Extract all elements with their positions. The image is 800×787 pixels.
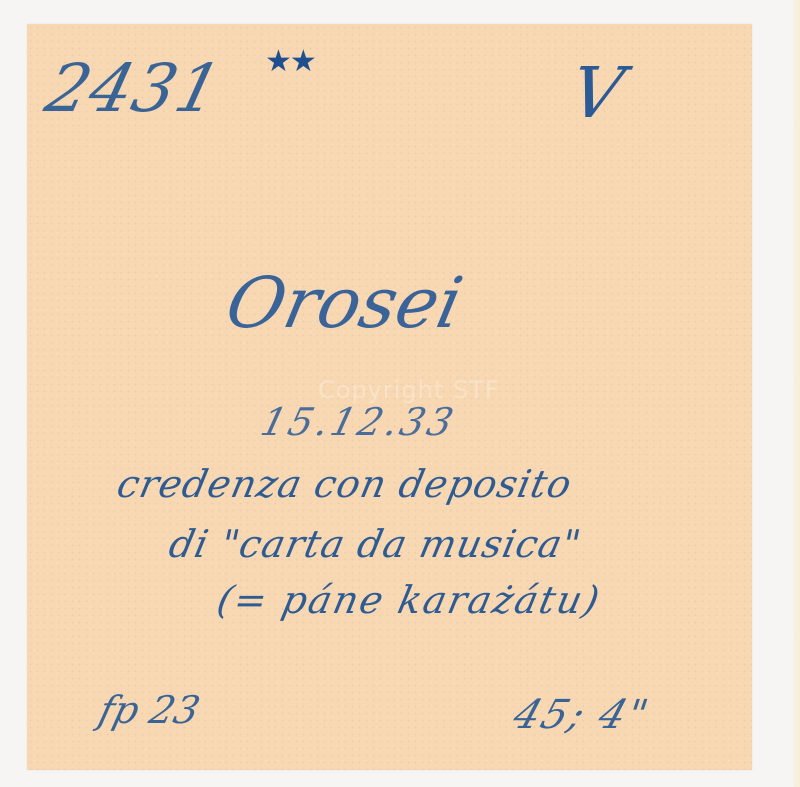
position-reference: 45; 4" <box>508 692 656 738</box>
place-name: Orosei <box>219 262 469 344</box>
catalog-number: 2431 <box>38 50 229 127</box>
photo-reference: fp 23 <box>95 688 205 732</box>
description-line-3: (= páne karażátu) <box>213 578 605 622</box>
record-date: 15.12.33 <box>257 400 461 444</box>
copyright-watermark: Copyright STF <box>318 376 500 404</box>
description-line-2: di "carta da musica" <box>165 522 585 566</box>
adjacent-card-edge <box>793 0 800 787</box>
description-line-1: credenza con deposito <box>113 462 576 506</box>
star-marks-icon: ★★ <box>265 44 315 79</box>
